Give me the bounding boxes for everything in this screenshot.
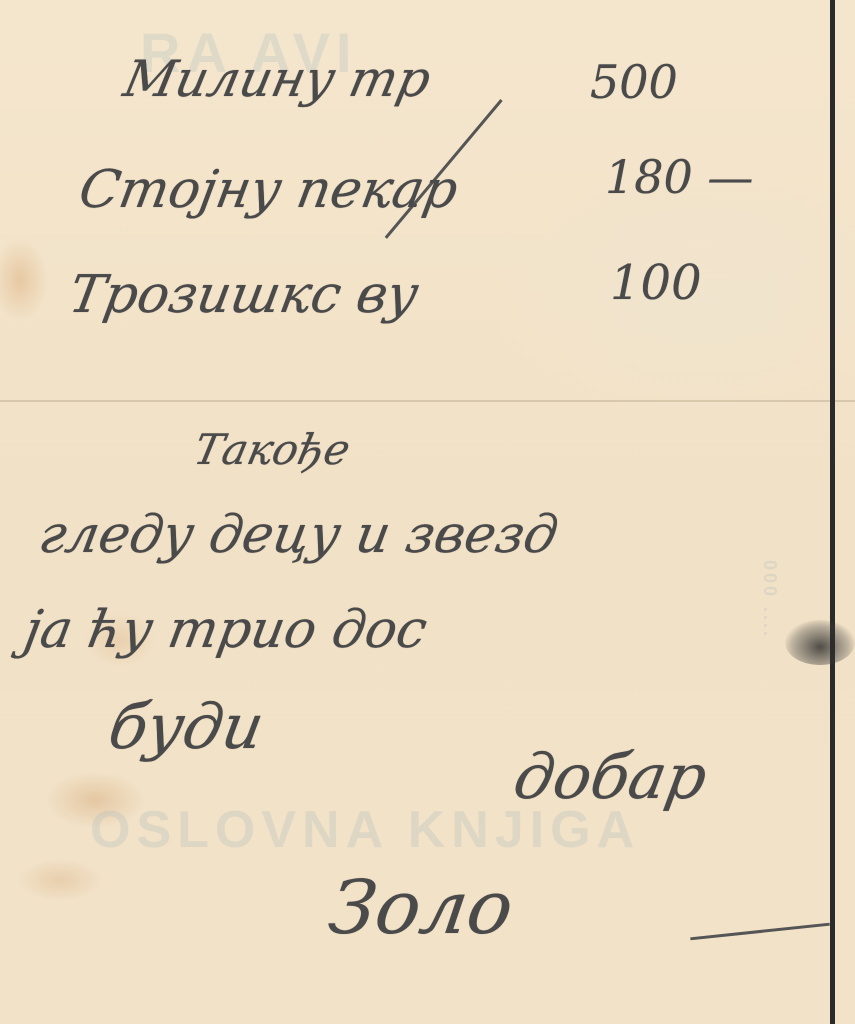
ink-smudge — [785, 620, 855, 665]
entry-2-name: Стојну пекар — [75, 160, 463, 220]
message-line-1: гледу децу и звезд — [35, 505, 563, 565]
entry-3-amount: 100 — [610, 255, 702, 311]
entry-3-name: Трозишкс ву — [65, 265, 423, 325]
closing-word-2: добар — [509, 740, 713, 813]
message-line-2: ја ћу трио дос — [20, 600, 432, 660]
entry-2-amount: 180 — — [605, 150, 753, 204]
vertical-rule-line — [830, 0, 835, 1024]
signature: Золо — [324, 865, 518, 951]
entry-1-amount: 500 — [590, 55, 678, 109]
fold-line — [0, 400, 855, 402]
entry-1-name: Милину тр — [119, 50, 436, 108]
closing-word-1: буди — [104, 690, 270, 763]
message-heading: Такође — [190, 425, 355, 474]
watermark-side: 000 .... — [759, 560, 780, 639]
